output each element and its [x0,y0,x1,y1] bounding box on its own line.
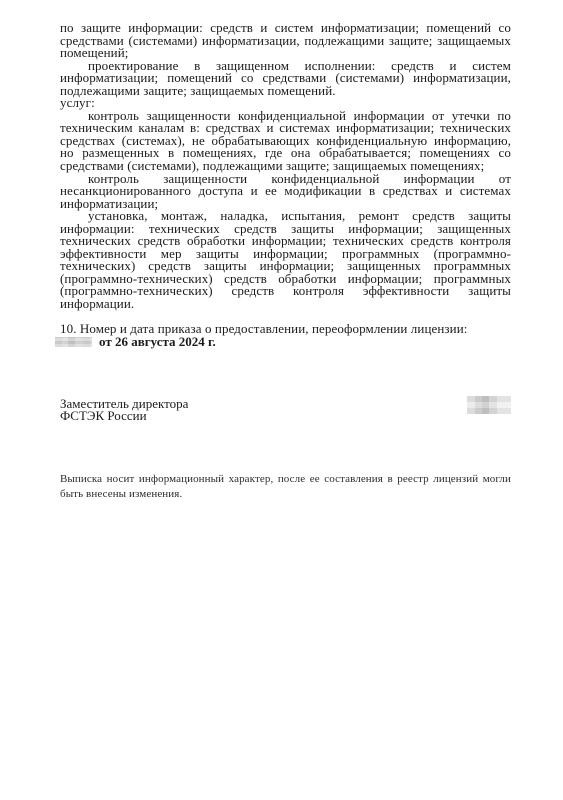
redacted-order-number [55,337,92,347]
paragraph-control-leakage: контроль защищенности конфиденциальной и… [60,110,511,173]
footnote-disclaimer: Выписка носит информационный характер, п… [60,472,511,503]
signature-row: Заместитель директора ФСТЭК России [60,398,511,423]
paragraph-installation-services: установка, монтаж, наладка, испытания, р… [60,210,511,310]
paragraph-secure-design: проектирование в защищенном исполнении: … [60,60,511,98]
document-content: по защите информации: средств и систем и… [60,22,511,503]
order-date-line: от 26 августа 2024 г. [60,335,511,349]
paragraph-control-unauthorized-access: контроль защищенности конфиденциальной и… [60,173,511,211]
paragraph-protection-objects: по защите информации: средств и систем и… [60,22,511,60]
signatory-org-line: ФСТЭК России [60,410,188,423]
redacted-signatory-name [467,396,511,414]
order-date-text: от 26 августа 2024 г. [99,334,216,349]
signatory-title-block: Заместитель директора ФСТЭК России [60,398,188,423]
document-page: по защите информации: средств и систем и… [0,0,563,800]
